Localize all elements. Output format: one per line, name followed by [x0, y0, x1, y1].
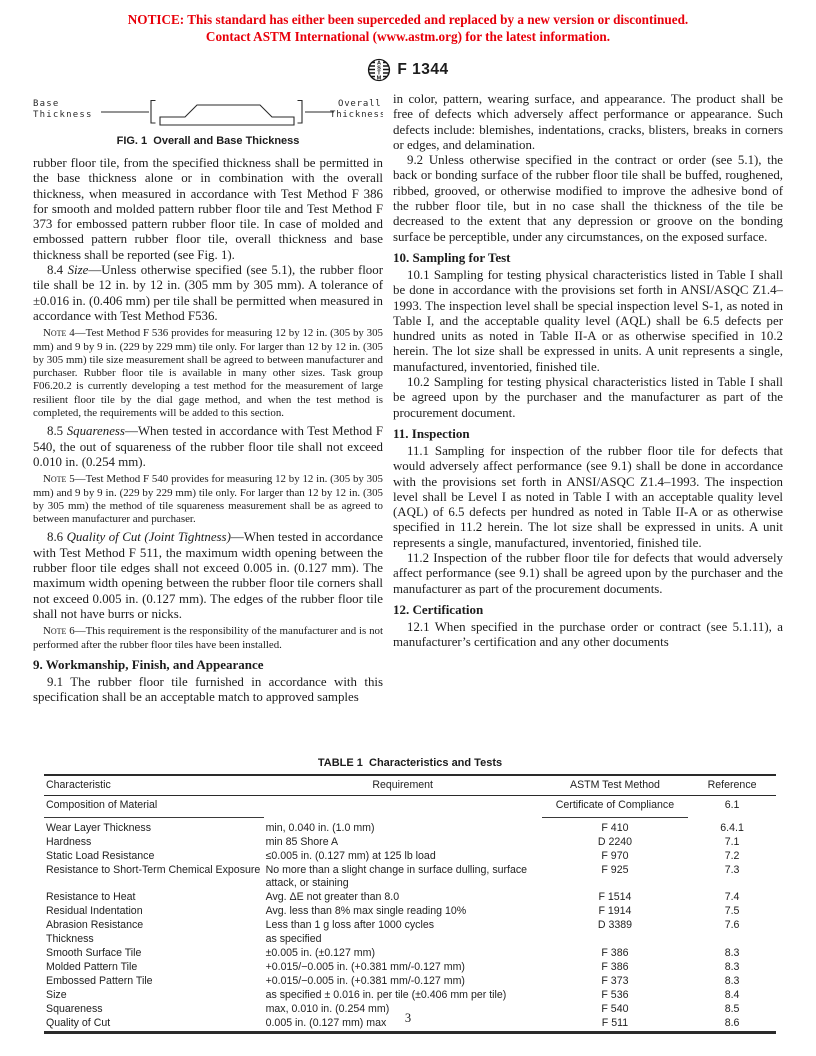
- table-cell-characteristic: Resistance to Heat: [44, 891, 264, 905]
- table-cell-reference: 7.6: [688, 919, 776, 933]
- body-paragraph: 10.1 Sampling for testing physical chara…: [393, 268, 783, 375]
- table-header-row: CharacteristicRequirementASTM Test Metho…: [44, 775, 776, 796]
- table-cell-characteristic: Composition of Material: [44, 796, 264, 818]
- designation-header: A S T M F 1344: [0, 57, 816, 83]
- table-cell-reference: 8.4: [688, 989, 776, 1003]
- figure: Base Thickness Overall Thickness FIG. 1 …: [33, 94, 383, 147]
- table-row: Static Load Resistance≤0.005 in. (0.127 …: [44, 850, 776, 864]
- figure-label-overall-line1: Overall: [338, 99, 382, 109]
- body-paragraph: 10.2 Sampling for testing physical chara…: [393, 375, 783, 421]
- svg-text:M: M: [377, 75, 382, 81]
- table-cell-method: F 1514: [542, 891, 688, 905]
- table-cell-requirement: min 85 Shore A: [264, 836, 542, 850]
- table-row: Sizeas specified ± 0.016 in. per tile (±…: [44, 989, 776, 1003]
- table-row: Resistance to Short-Term Chemical Exposu…: [44, 864, 776, 891]
- table-cell-characteristic: Smooth Surface Tile: [44, 947, 264, 961]
- table-cell-reference: 6.4.1: [688, 818, 776, 837]
- table-cell-requirement: +0.015/−0.005 in. (+0.381 mm/-0.127 mm): [264, 975, 542, 989]
- table-row: Abrasion ResistanceLess than 1 g loss af…: [44, 919, 776, 933]
- document-page: NOTICE: This standard has either been su…: [0, 0, 816, 1056]
- table-cell-characteristic: Hardness: [44, 836, 264, 850]
- right-column: in color, pattern, wearing surface, and …: [393, 92, 783, 743]
- figure-label-base-line1: Base: [33, 99, 59, 109]
- table-cell-method: D 2240: [542, 836, 688, 850]
- table-row: Hardnessmin 85 Shore AD 22407.1: [44, 836, 776, 850]
- table-title: TABLE 1 Characteristics and Tests: [44, 757, 776, 769]
- table-cell-method: F 970: [542, 850, 688, 864]
- table-row: Thicknessas specified: [44, 933, 776, 947]
- note-paragraph: Note 6—This requirement is the responsib…: [33, 625, 383, 652]
- section-heading: 11. Inspection: [393, 426, 783, 441]
- body-paragraph: 11.2 Inspection of the rubber floor tile…: [393, 551, 783, 597]
- table-header-cell: Characteristic: [44, 775, 264, 796]
- table-cell-characteristic: Embossed Pattern Tile: [44, 975, 264, 989]
- page-number: 3: [0, 1011, 816, 1026]
- table-cell-characteristic: Residual Indentation: [44, 905, 264, 919]
- table-cell-requirement: as specified: [264, 933, 542, 947]
- table-cell-method: F 925: [542, 864, 688, 891]
- body-columns: Base Thickness Overall Thickness FIG. 1 …: [0, 83, 816, 743]
- note-paragraph: Note 5—Test Method F 540 provides for me…: [33, 473, 383, 526]
- table-cell-requirement: +0.015/−0.005 in. (+0.381 mm/-0.127 mm): [264, 961, 542, 975]
- figure-caption: FIG. 1 Overall and Base Thickness: [33, 135, 383, 147]
- table-cell-characteristic: Static Load Resistance: [44, 850, 264, 864]
- table-cell-characteristic: Size: [44, 989, 264, 1003]
- table-cell-reference: 7.5: [688, 905, 776, 919]
- table-cell-requirement: [264, 796, 542, 818]
- characteristics-table: CharacteristicRequirementASTM Test Metho…: [44, 774, 776, 1034]
- table-section: TABLE 1 Characteristics and Tests Charac…: [0, 743, 816, 1034]
- table-cell-reference: 8.3: [688, 947, 776, 961]
- table-row: Molded Pattern Tile+0.015/−0.005 in. (+0…: [44, 961, 776, 975]
- table-cell-method: D 3389: [542, 919, 688, 933]
- table-body: Composition of MaterialCertificate of Co…: [44, 796, 776, 1033]
- section-heading: 12. Certification: [393, 602, 783, 617]
- table-cell-method: F 386: [542, 947, 688, 961]
- table-cell-requirement: Avg. ΔE not greater than 8.0: [264, 891, 542, 905]
- body-paragraph: 8.4 Size—Unless otherwise specified (see…: [33, 263, 383, 324]
- table-cell-reference: 7.4: [688, 891, 776, 905]
- table-row: Wear Layer Thicknessmin, 0.040 in. (1.0 …: [44, 818, 776, 837]
- table-cell-reference: 8.3: [688, 975, 776, 989]
- body-paragraph: 11.1 Sampling for inspection of the rubb…: [393, 444, 783, 551]
- table-cell-method: [542, 933, 688, 947]
- table-cell-reference: [688, 933, 776, 947]
- table-cell-reference: 7.2: [688, 850, 776, 864]
- table-header-cell: Reference: [688, 775, 776, 796]
- table-cell-method: F 536: [542, 989, 688, 1003]
- discontinuation-notice: NOTICE: This standard has either been su…: [0, 0, 816, 45]
- table-row: Composition of MaterialCertificate of Co…: [44, 796, 776, 818]
- table-row: Resistance to HeatAvg. ΔE not greater th…: [44, 891, 776, 905]
- table-cell-method: F 410: [542, 818, 688, 837]
- body-paragraph: 8.5 Squareness—When tested in accordance…: [33, 424, 383, 470]
- table-header-cell: Requirement: [264, 775, 542, 796]
- table-cell-method: Certificate of Compliance: [542, 796, 688, 818]
- table-cell-reference: 6.1: [688, 796, 776, 818]
- body-paragraph: rubber floor tile, from the specified th…: [33, 156, 383, 263]
- table-row: Residual IndentationAvg. less than 8% ma…: [44, 905, 776, 919]
- table-cell-requirement: Less than 1 g loss after 1000 cycles: [264, 919, 542, 933]
- table-cell-reference: 7.1: [688, 836, 776, 850]
- body-paragraph: 12.1 When specified in the purchase orde…: [393, 620, 783, 651]
- table-cell-method: F 1914: [542, 905, 688, 919]
- table-cell-characteristic: Thickness: [44, 933, 264, 947]
- section-heading: 10. Sampling for Test: [393, 250, 783, 265]
- table-cell-requirement: min, 0.040 in. (1.0 mm): [264, 818, 542, 837]
- table-cell-requirement: No more than a slight change in surface …: [264, 864, 542, 891]
- notice-line-2: Contact ASTM International (www.astm.org…: [0, 29, 816, 46]
- table-cell-characteristic: Abrasion Resistance: [44, 919, 264, 933]
- note-label: Note 5: [43, 473, 75, 485]
- table-row: Embossed Pattern Tile+0.015/−0.005 in. (…: [44, 975, 776, 989]
- table-cell-characteristic: Molded Pattern Tile: [44, 961, 264, 975]
- left-column: Base Thickness Overall Thickness FIG. 1 …: [33, 92, 383, 743]
- note-paragraph: Note 4—Test Method F 536 provides for me…: [33, 327, 383, 420]
- body-paragraph: 9.2 Unless otherwise specified in the co…: [393, 153, 783, 245]
- table-row: Smooth Surface Tile±0.005 in. (±0.127 mm…: [44, 947, 776, 961]
- table-cell-requirement: as specified ± 0.016 in. per tile (±0.40…: [264, 989, 542, 1003]
- table-cell-requirement: ≤0.005 in. (0.127 mm) at 125 lb load: [264, 850, 542, 864]
- body-paragraph: 8.6 Quality of Cut (Joint Tightness)—Whe…: [33, 530, 383, 622]
- figure-label-overall-line2: Thickness: [330, 110, 383, 120]
- table-header-cell: ASTM Test Method: [542, 775, 688, 796]
- table-cell-requirement: Avg. less than 8% max single reading 10%: [264, 905, 542, 919]
- body-paragraph: 9.1 The rubber floor tile furnished in a…: [33, 675, 383, 706]
- body-paragraph: in color, pattern, wearing surface, and …: [393, 92, 783, 153]
- note-label: Note 4: [43, 327, 75, 339]
- table-cell-characteristic: Resistance to Short-Term Chemical Exposu…: [44, 864, 264, 891]
- table-cell-method: F 373: [542, 975, 688, 989]
- section-heading: 9. Workmanship, Finish, and Appearance: [33, 657, 383, 672]
- figure-drawing: Base Thickness Overall Thickness: [33, 94, 383, 132]
- figure-label-base-line2: Thickness: [33, 110, 93, 120]
- table-cell-characteristic: Wear Layer Thickness: [44, 818, 264, 837]
- standard-designation: F 1344: [397, 61, 448, 79]
- table-cell-reference: 8.3: [688, 961, 776, 975]
- table-cell-requirement: ±0.005 in. (±0.127 mm): [264, 947, 542, 961]
- note-label: Note 6: [43, 625, 75, 637]
- table-cell-method: F 386: [542, 961, 688, 975]
- table-cell-reference: 7.3: [688, 864, 776, 891]
- notice-line-1: NOTICE: This standard has either been su…: [0, 12, 816, 29]
- astm-logo-icon: A S T M: [367, 58, 391, 82]
